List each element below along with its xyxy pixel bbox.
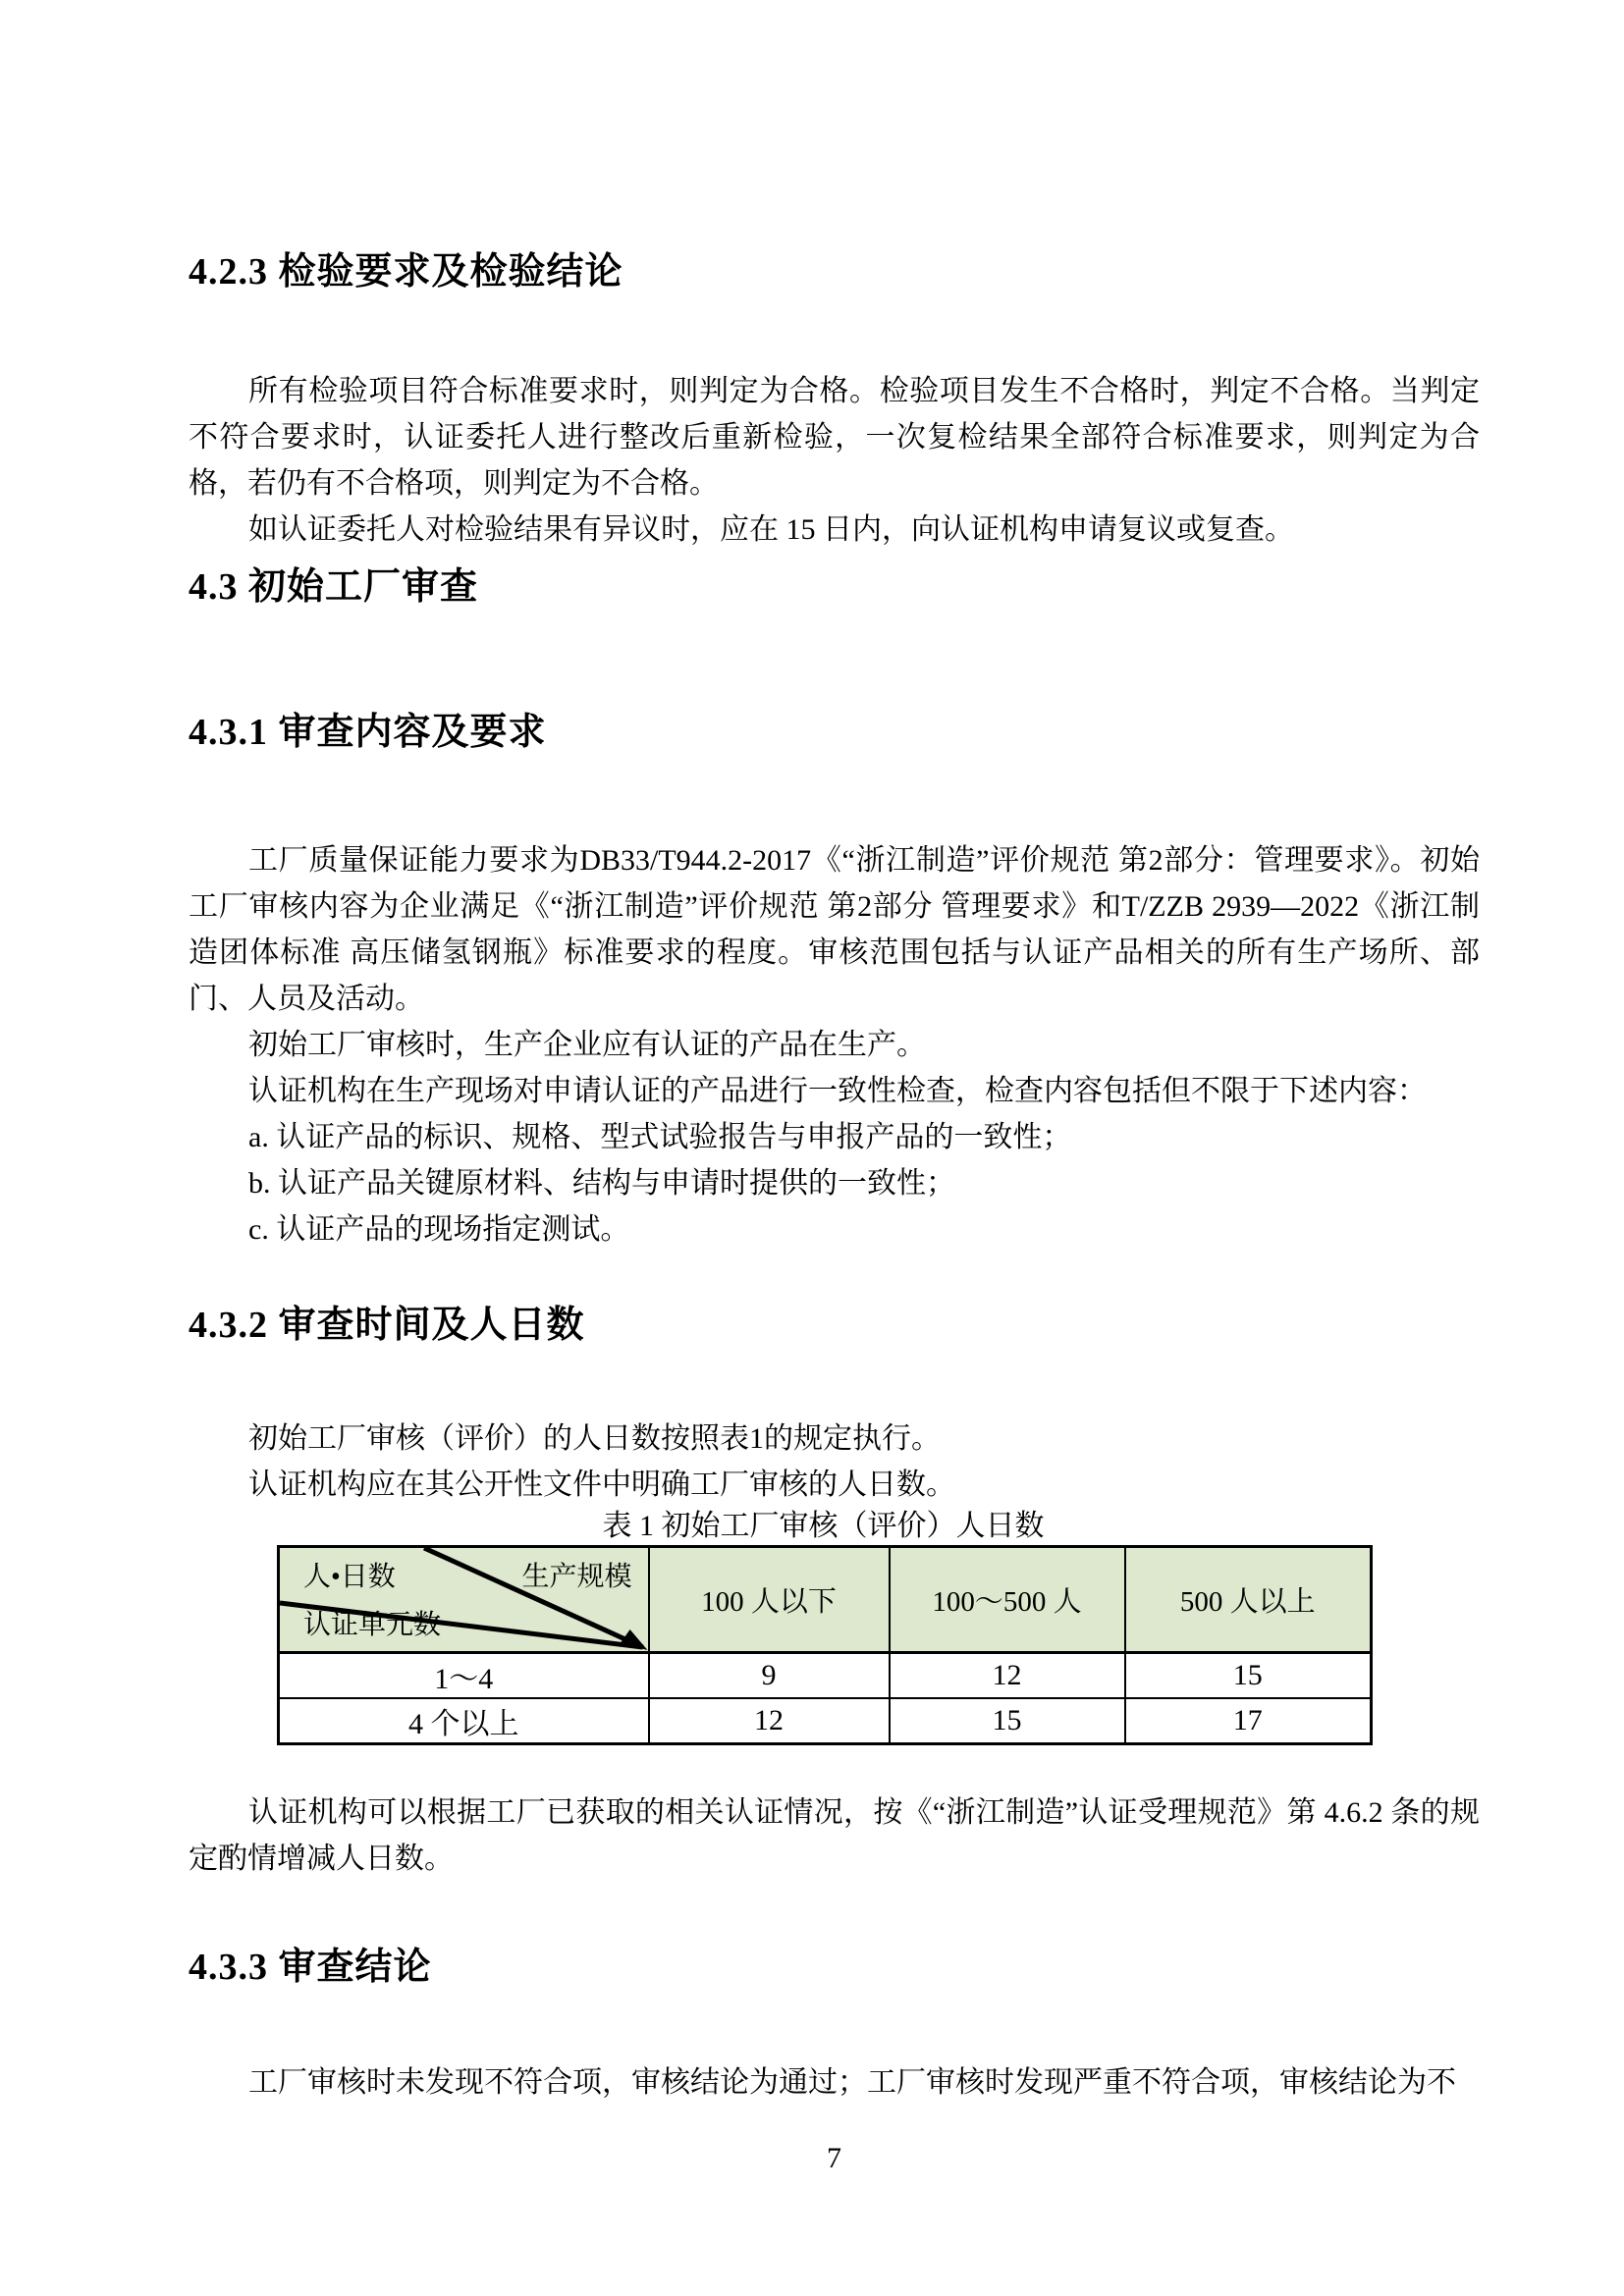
page-number: 7: [189, 2141, 1480, 2176]
corner-label-production-scale: 生产规模: [521, 1564, 631, 1591]
paragraph-initial-audit-production: 初始工厂审核时，生产企业应有认证的产品在生产。: [189, 1022, 1480, 1068]
list-item-b: b. 认证产品关键原材料、结构与申请时提供的一致性；: [189, 1160, 1480, 1206]
table-row-1-4-units: 1～4 9 12 15: [279, 1653, 1372, 1699]
heading-4-3: 4.3 初始工厂审查: [189, 565, 1480, 609]
heading-4-3-1: 4.3.1 审查内容及要求: [189, 711, 1480, 754]
table-row-over-4-units: 4 个以上 12 15 17: [279, 1698, 1372, 1744]
paragraph-consistency-check-intro: 认证机构在生产现场对申请认证的产品进行一致性检查，检查内容包括但不限于下述内容：: [189, 1068, 1480, 1114]
list-item-a: a. 认证产品的标识、规格、型式试验报告与申报产品的一致性；: [189, 1114, 1480, 1160]
paragraph-factory-quality-requirements: 工厂质量保证能力要求为DB33/T944.2-2017《“浙江制造”评价规范 第…: [189, 837, 1480, 1022]
cell-value: 17: [1125, 1698, 1372, 1744]
paragraph-audit-conclusion: 工厂审核时未发现不符合项，审核结论为通过；工厂审核时发现严重不符合项，审核结论为…: [189, 2059, 1480, 2106]
corner-label-person-days: 人•日数: [303, 1564, 396, 1591]
column-header-100-500: 100～500 人: [890, 1547, 1125, 1653]
row-label: 4 个以上: [279, 1698, 649, 1744]
heading-4-2-3: 4.2.3 检验要求及检验结论: [189, 250, 1480, 294]
table-1-person-days: 人•日数 生产规模 认证单元数 100 人以下 100～500 人 500 人以…: [277, 1545, 1373, 1745]
table-corner-cell: 人•日数 生产规模 认证单元数: [279, 1547, 649, 1653]
cell-value: 12: [890, 1653, 1125, 1699]
page-content: 4.2.3 检验要求及检验结论 所有检验项目符合标准要求时，则判定为合格。检验项…: [0, 0, 1624, 2176]
table-header-row: 人•日数 生产规模 认证单元数 100 人以下 100～500 人 500 人以…: [279, 1547, 1372, 1653]
corner-label-certification-units: 认证单元数: [303, 1612, 441, 1639]
cell-value: 9: [649, 1653, 890, 1699]
document-page: 4.2.3 检验要求及检验结论 所有检验项目符合标准要求时，则判定为合格。检验项…: [0, 0, 1624, 2296]
heading-4-3-2: 4.3.2 审查时间及人日数: [189, 1304, 1480, 1347]
column-header-over-500: 500 人以上: [1125, 1547, 1372, 1653]
paragraph-public-documents: 认证机构应在其公开性文件中明确工厂审核的人日数。: [189, 1462, 1480, 1508]
cell-value: 15: [890, 1698, 1125, 1744]
paragraph-inspection-judgement: 所有检验项目符合标准要求时，则判定为合格。检验项目发生不合格时，判定不合格。当判…: [189, 368, 1480, 507]
paragraph-adjust-person-days: 认证机构可以根据工厂已获取的相关认证情况，按《“浙江制造”认证受理规范》第 4.…: [189, 1789, 1480, 1882]
heading-4-3-3: 4.3.3 审查结论: [189, 1946, 1480, 1989]
table-1-title: 表 1 初始工厂审核（评价）人日数: [277, 1508, 1370, 1545]
paragraph-person-days-per-table1: 初始工厂审核（评价）的人日数按照表1的规定执行。: [189, 1415, 1480, 1462]
list-item-c: c. 认证产品的现场指定测试。: [189, 1206, 1480, 1253]
paragraph-objection-15-days: 如认证委托人对检验结果有异议时，应在 15 日内，向认证机构申请复议或复查。: [189, 507, 1480, 553]
cell-value: 15: [1125, 1653, 1372, 1699]
cell-value: 12: [649, 1698, 890, 1744]
row-label: 1～4: [279, 1653, 649, 1699]
column-header-under-100: 100 人以下: [649, 1547, 890, 1653]
